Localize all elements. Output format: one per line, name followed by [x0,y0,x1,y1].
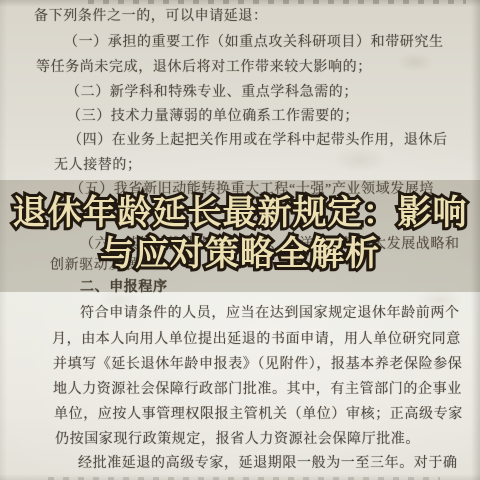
document-line: 符合申请条件的人员，应当在达到国家规定退休年龄前两个 [80,305,460,322]
document-line: 并填写《延长退休年龄申报表》（见附件），报基本养老保险参保 [53,356,462,373]
document-line: 地人力资源社会保障行政部门批准。其中，有主管部门的企事业 [53,381,462,398]
top-cut-text-row [88,0,466,4]
headline-overlay: 退休年龄延长最新规定：影响 退休年龄延长最新规定：影响 与应对策略全解析 与应对… [0,193,480,275]
section-heading-line: 二、申报程序 [80,279,168,296]
document-line: （一）承担的重要工作（如重点攻关科研项目）和带研究生 [64,34,444,51]
document-photo: 备下列条件之一的，可以申请延退： （一）承担的重要工作（如重点攻关科研项目）和带… [0,0,480,480]
document-line: 单位，应按人事管理权限报主管机关（单位）审核；正高级专家 [54,406,463,423]
document-line: 无人接替的； [54,157,142,174]
document-line: 经批准延退的高级专家，延退期限一般为一至三年。对于确 [78,455,458,472]
document-line: 备下列条件之一的，可以申请延退： [34,8,268,25]
headline-line-1-text: 退休年龄延长最新规定：影响 [13,194,468,232]
document-line: 月，由本人向用人单位提出延退的书面申请，用人单位研究同意 [52,331,461,348]
document-line: （二）新学科和特殊专业、重点学科急需的； [66,84,358,101]
document-line: 仍按国家现行政策规定，报省人力资源社会保障厅批准。 [55,431,420,448]
document-line: （四）在业务上起把关作用或在学科中起带头作用，退休后 [68,132,448,149]
headline-line-1: 退休年龄延长最新规定：影响 退休年龄延长最新规定：影响 [0,193,480,234]
document-line: 等任务尚未完成，退休后将对工作带来较大影响的； [36,59,372,76]
document-line: （三）技术力量薄弱的单位确系工作需要的； [67,108,359,125]
headline-line-2-text: 与应对策略全解析 [100,235,380,273]
headline-line-2: 与应对策略全解析 与应对策略全解析 [0,234,480,275]
